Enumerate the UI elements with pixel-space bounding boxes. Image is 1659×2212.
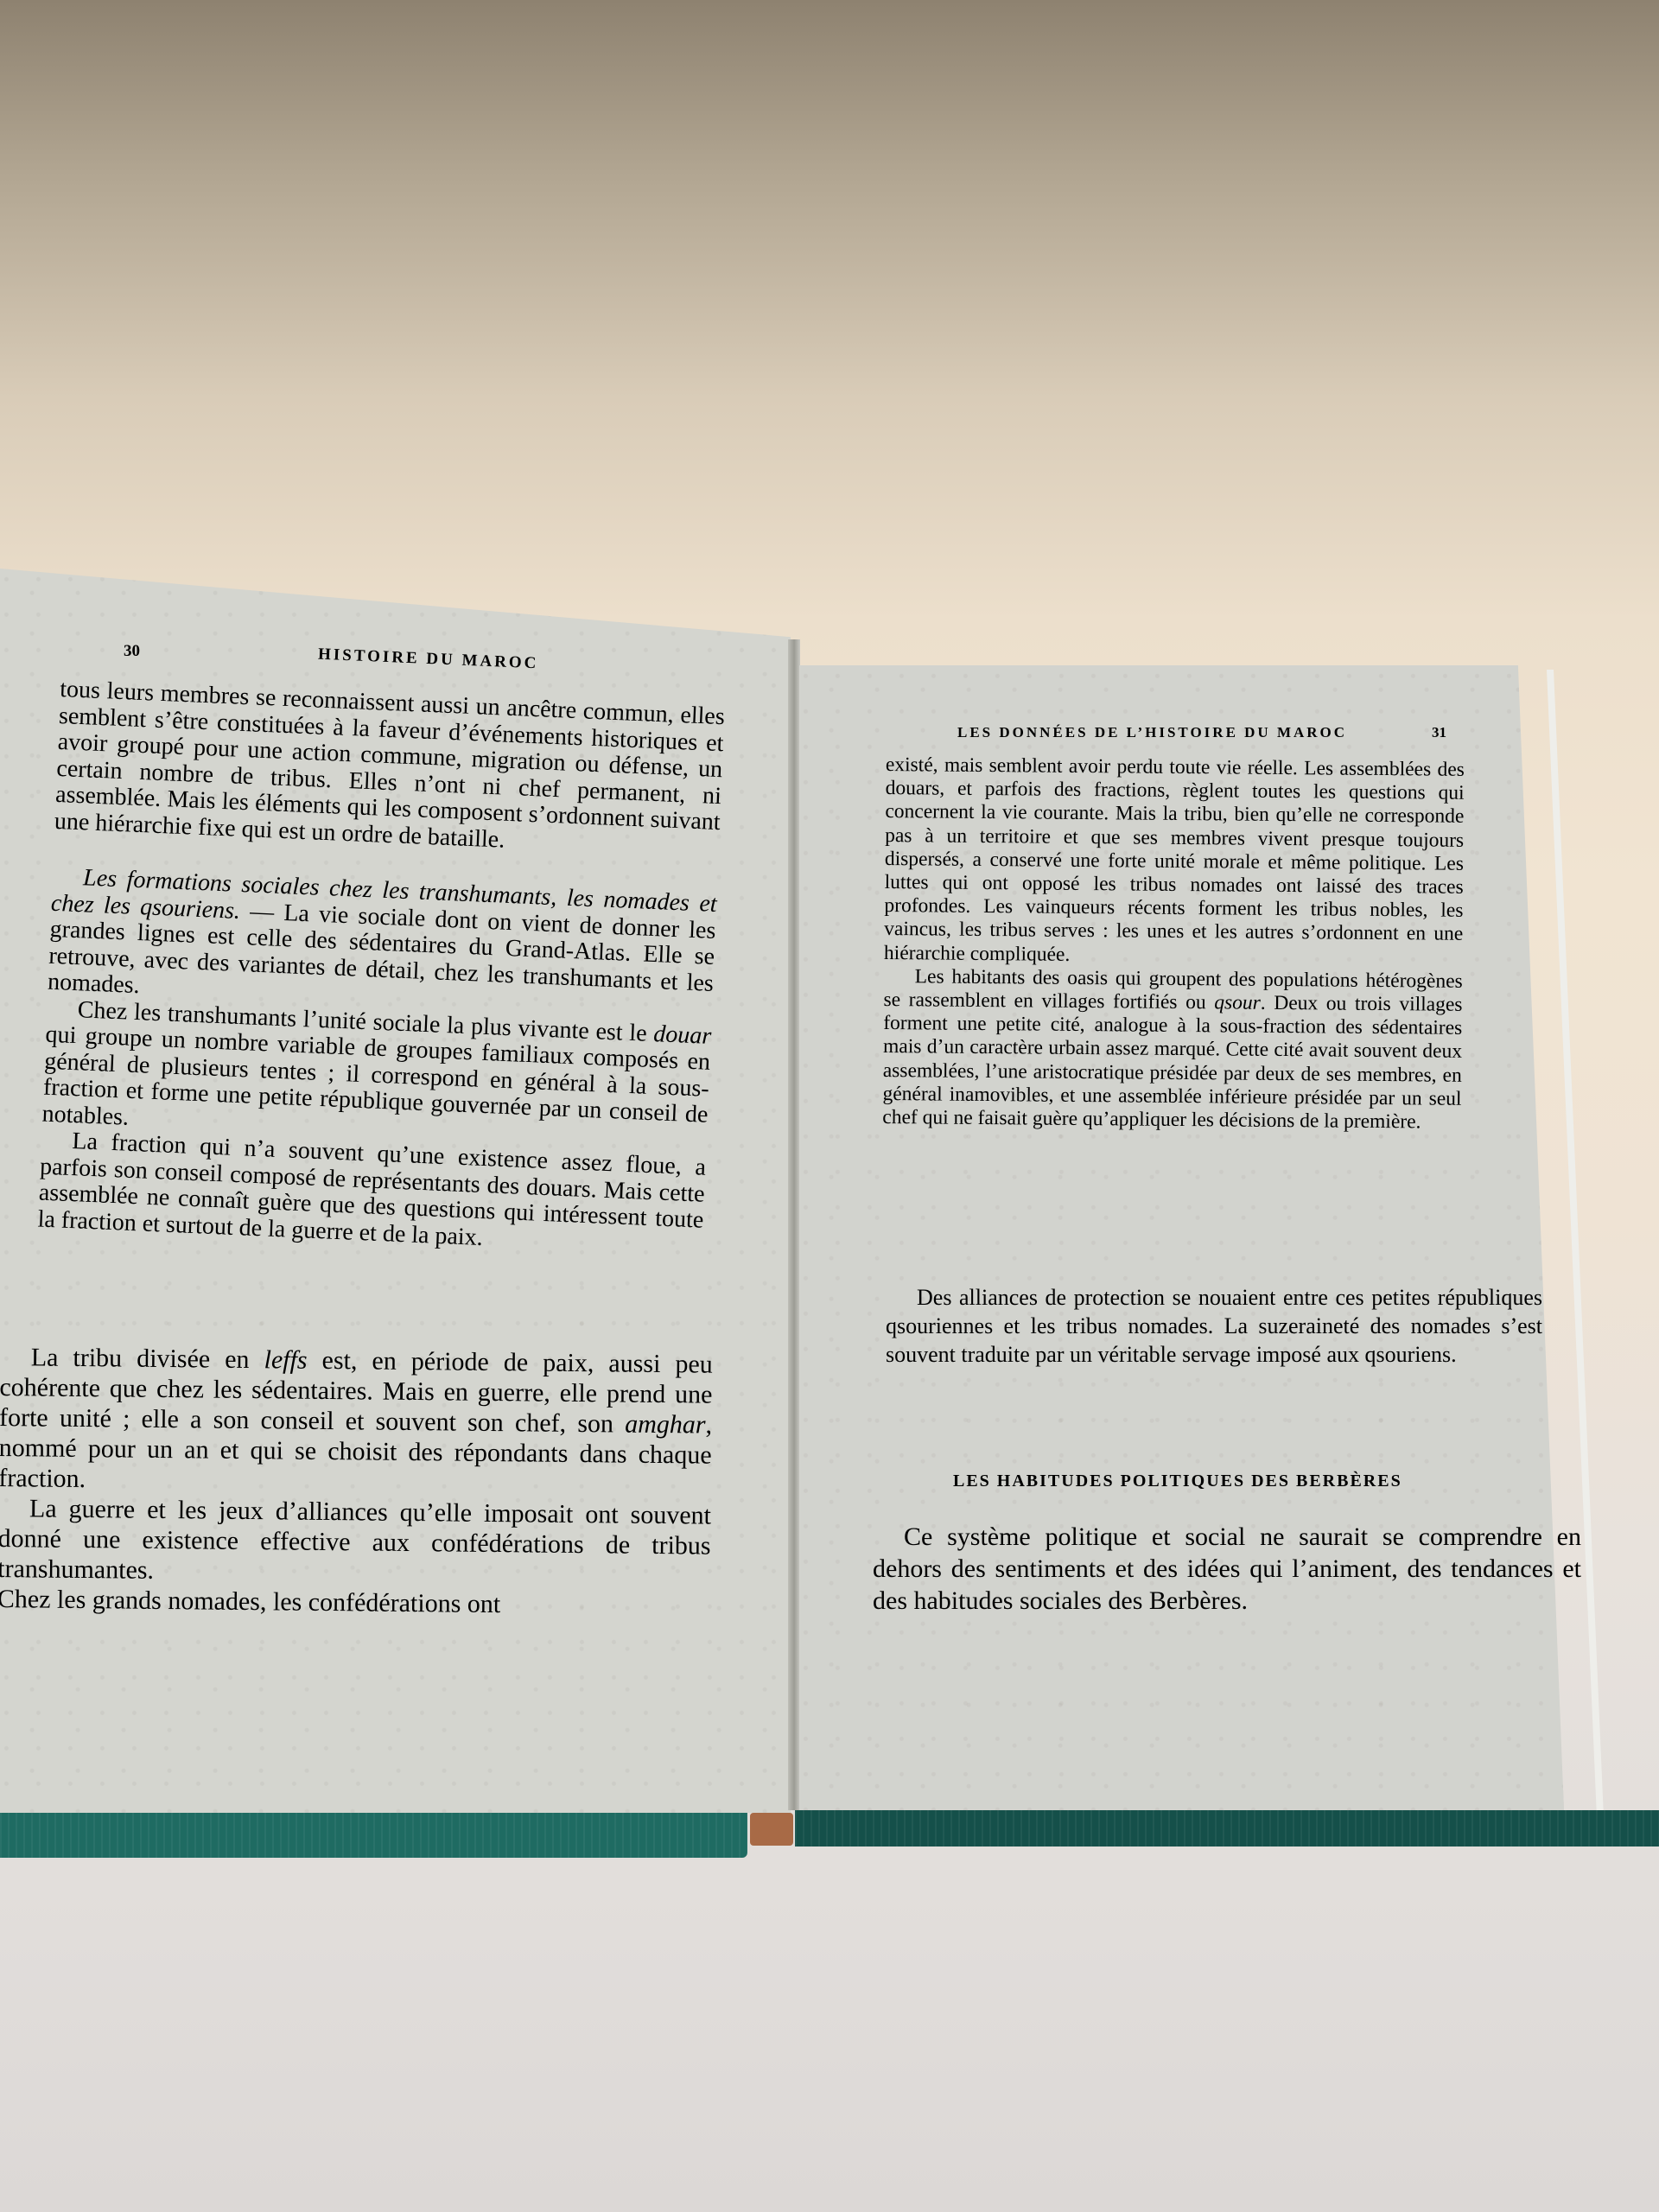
- left-paragraph-5: La tribu divisée en leffs est, en périod…: [0, 1342, 713, 1501]
- right-paragraph-2: Les habitants des oasis qui groupent des…: [882, 965, 1463, 1135]
- book-gutter: [788, 639, 800, 1810]
- right-page-text-mid: Des alliances de protection se nouaient …: [886, 1283, 1542, 1369]
- right-paragraph-1: existé, mais semblent avoir perdu toute …: [884, 753, 1465, 970]
- left-paragraph-6: La guerre et les jeux d’alliances qu’ell…: [0, 1493, 711, 1592]
- open-book: 30 HISTOIRE DU MAROC tous leurs membres …: [0, 0, 1659, 2212]
- book-cover-right: [795, 1810, 1659, 1847]
- right-paragraph-4: Ce système politique et social ne saurai…: [873, 1521, 1581, 1617]
- left-page-number: 30: [124, 642, 140, 661]
- section-title: LES HABITUDES POLITIQUES DES BERBÈRES: [953, 1471, 1402, 1491]
- right-running-head: LES DONNÉES DE L’HISTOIRE DU MAROC: [957, 724, 1347, 741]
- left-page-text-bottom: La tribu divisée en leffs est, en périod…: [0, 1342, 713, 1622]
- book-cover-left: [0, 1810, 747, 1858]
- right-page-text-top: existé, mais semblent avoir perdu toute …: [882, 753, 1465, 1135]
- right-page-text-bottom: Ce système politique et social ne saurai…: [873, 1521, 1581, 1617]
- torn-spine: [750, 1813, 793, 1846]
- right-page-number: 31: [1432, 724, 1446, 741]
- right-paragraph-3: Des alliances de protection se nouaient …: [886, 1283, 1542, 1369]
- left-paragraph-1: tous leurs membres se reconnaissent auss…: [54, 677, 725, 862]
- left-page-text-top: tous leurs membres se reconnaissent auss…: [37, 677, 725, 1261]
